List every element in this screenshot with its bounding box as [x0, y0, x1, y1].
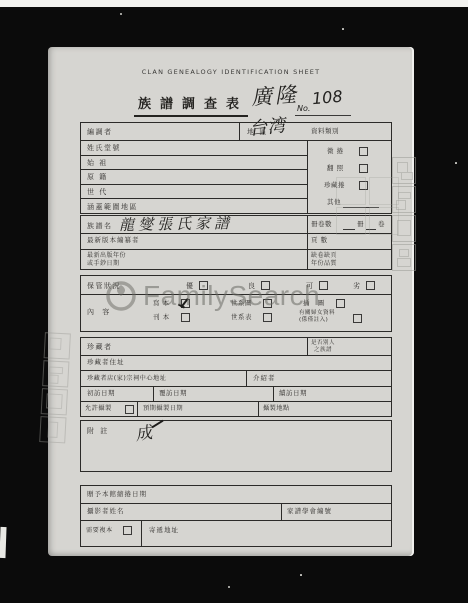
dust-speck: [228, 586, 230, 588]
illustration-checkbox: [336, 299, 345, 308]
owner-office-label: 珍藏者店(家)宗祠中心地址: [87, 375, 166, 382]
table-line: [81, 294, 391, 295]
form-chinese-title: 族譜調查表: [134, 93, 248, 117]
clan-hall-label: 姓氏堂號: [87, 143, 121, 153]
condition-excellent-checkbox: [199, 281, 208, 290]
filming-location-label: 攝製地點: [263, 405, 290, 412]
pages-label: 頁 數: [311, 237, 328, 244]
handwritten-series-name: 廣隆: [250, 78, 300, 111]
table-line: [81, 140, 391, 141]
dust-speck: [300, 574, 302, 576]
condition-fair-checkbox: [319, 281, 328, 290]
missing-volumes-label: 缺卷缺頁: [311, 252, 337, 259]
women-records-label-line2: (係僅註入): [299, 317, 328, 324]
coverage-area-label: 涵蓋範圍地區: [87, 202, 138, 212]
condition-good-label: 良: [248, 281, 257, 291]
society-number-label: 家譜學會編號: [287, 508, 332, 515]
first-ancestor-label: 始 祖: [87, 158, 108, 168]
origin-label: 原 籍: [87, 172, 108, 182]
publication-year-label: 最新出版年份: [87, 252, 126, 259]
compiler-label: 最新版本編纂者: [87, 237, 140, 244]
lineage-table-checkbox: [263, 313, 272, 322]
lineage-chart-checkbox: [263, 299, 272, 308]
scan-edge-wedge: [0, 527, 7, 558]
handwritten-remark: 成: [133, 418, 153, 445]
introducer-label: 介紹者: [253, 375, 276, 382]
year-quality-label: 年份品質: [311, 260, 337, 267]
condition-fair-label: 可: [306, 281, 315, 291]
lineage-chart-label: 世系圖: [231, 300, 252, 307]
volumes-label: 冊卷數: [311, 221, 332, 228]
remarks-label: 附 註: [87, 426, 109, 436]
photographer-label: 攝影者姓名: [87, 508, 125, 515]
dust-speck: [455, 162, 457, 164]
microfilm-checkbox: [359, 147, 368, 156]
manuscript-date-label: 或手鈔日期: [87, 260, 120, 267]
scan-edge-strip: [0, 0, 468, 7]
donation-date-label: 贈予本館縮捲日期: [87, 491, 147, 498]
women-records-label-line1: 有關婦女資料: [299, 310, 335, 317]
generations-label: 世 代: [87, 187, 108, 197]
table-line: [153, 386, 154, 401]
condition-good-checkbox: [261, 281, 270, 290]
table-line: [246, 370, 247, 386]
table-line: [81, 355, 391, 356]
condition-poor-label: 劣: [353, 281, 362, 291]
copy-needed-checkbox: [123, 526, 132, 535]
microfilm-scan-background: CLAN GENEALOGY IDENTIFICATION SHEET 族譜調查…: [0, 0, 468, 603]
women-records-checkbox: [353, 314, 362, 323]
table-line: [307, 140, 308, 213]
condition-label: 保管狀況: [87, 281, 121, 291]
table-line: [81, 401, 391, 402]
table-line: [239, 123, 240, 140]
table-line: [81, 198, 307, 199]
condition-poor-checkbox: [366, 281, 375, 290]
handwritten-genealogy-title: 龍燮張氏家譜: [119, 212, 233, 235]
dust-speck: [120, 13, 122, 15]
table-line: [141, 520, 142, 546]
table-line: [137, 401, 138, 416]
other-clan-question-line1: 是否別人: [311, 340, 335, 347]
table-remarks: 附 註 成: [80, 420, 392, 472]
table-line: [81, 169, 307, 170]
genealogy-title-label: 族譜名: [87, 221, 113, 231]
first-visit-label: 初訪日期: [87, 390, 115, 397]
table-line: [307, 216, 308, 269]
table-filming-admin: 贈予本館縮捲日期 攝影者姓名 家譜學會編號 需要複本 寄遞地址: [80, 485, 392, 547]
data-category-label: 資料類別: [311, 128, 339, 135]
printed-edition-checkbox: [181, 313, 190, 322]
followup-visit-label: 續訪日期: [279, 390, 307, 397]
manuscript-label: 寫 本: [153, 300, 170, 307]
table-line: [281, 503, 282, 520]
table-line: [81, 386, 391, 387]
table-condition-content: 保管狀況 優 良 可 劣 內 容 寫 本 世系圖 插 圖 刊 本 世系表 有關婦…: [80, 275, 392, 332]
table-owner-visits: 珍藏者 是否別人 之族譜 珍藏者住址 珍藏者店(家)宗祠中心地址 介紹者 初訪日…: [80, 337, 392, 417]
table-line: [273, 386, 274, 401]
illustration-label: 插 圖: [303, 300, 327, 307]
second-visit-label: 覆訪日期: [159, 390, 187, 397]
mailing-address-label: 寄遞地址: [149, 527, 179, 534]
embossed-stamp-middle: [336, 177, 400, 235]
handwritten-stroke: [151, 420, 163, 429]
form-english-title: CLAN GENEALOGY IDENTIFICATION SHEET: [48, 68, 414, 76]
table-line: [81, 184, 307, 185]
table-line: [307, 338, 308, 355]
table-line: [81, 503, 391, 504]
table-line: [258, 401, 259, 416]
number-underline: [295, 115, 351, 116]
owner-label: 珍藏者: [87, 342, 113, 352]
microfilm-option-label: 微 捲: [327, 148, 344, 155]
condition-excellent-label: 優: [186, 281, 195, 291]
table-line: [81, 520, 391, 521]
owner-address-label: 珍藏者住址: [87, 359, 125, 366]
form-paper: CLAN GENEALOGY IDENTIFICATION SHEET 族譜調查…: [48, 47, 414, 556]
filming-date-label: 預期攝製日期: [143, 405, 183, 412]
number-label: No.: [297, 104, 310, 113]
table-line: [81, 155, 307, 156]
photocopy-option-label: 翻 照: [327, 165, 344, 172]
embossed-stamp-left: [35, 332, 83, 446]
filming-permission-checkbox: [125, 405, 134, 414]
surveyor-label: 編調者: [87, 127, 113, 137]
content-label: 內 容: [87, 307, 112, 317]
copy-needed-label: 需要複本: [86, 527, 113, 534]
dust-speck: [342, 28, 344, 30]
other-clan-question-line2: 之族譜: [314, 347, 332, 354]
handwritten-region-value: 台湾: [248, 111, 287, 141]
handwritten-number: 108: [311, 87, 343, 109]
printed-edition-label: 刊 本: [153, 314, 170, 321]
lineage-table-label: 世系表: [231, 314, 252, 321]
table-line: [81, 370, 391, 371]
photocopy-checkbox: [359, 164, 368, 173]
filming-permission-label: 允許攝製: [85, 405, 112, 412]
table-line: [81, 249, 391, 250]
